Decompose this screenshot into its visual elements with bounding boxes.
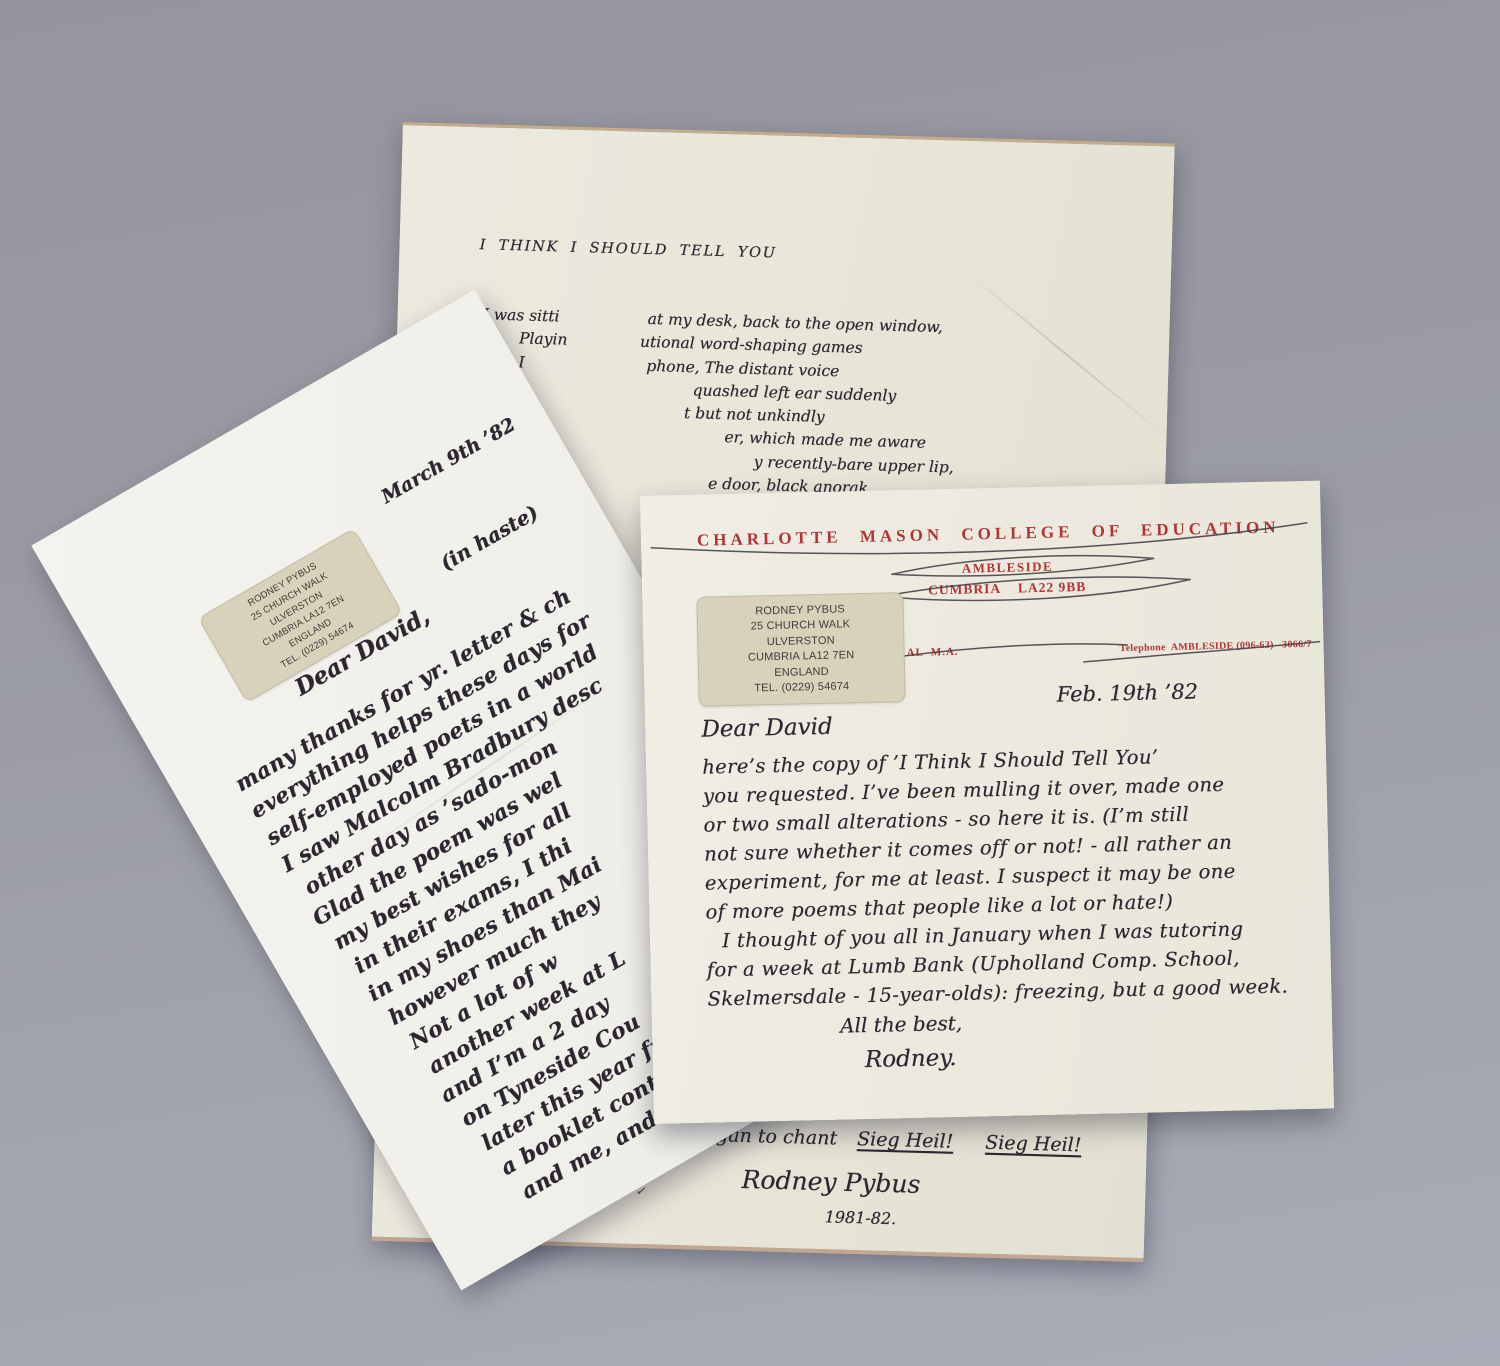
photograph-of-letters: I THINK I SHOULD TELL YOU I was sitti at…	[0, 0, 1500, 1366]
poem-date-range: 1981-82.	[824, 1207, 896, 1228]
letter-date: Feb. 19th ’82	[1056, 679, 1198, 706]
underlined-phrase: Sieg Heil!	[857, 1128, 954, 1153]
letter-salutation: Dear David	[701, 714, 833, 743]
poem-author-signature: Rodney Pybus	[741, 1165, 920, 1199]
letter-signature: Rodney.	[865, 1045, 957, 1073]
letter-closing: All the best,	[840, 1011, 963, 1038]
letterhead-college-name: CHARLOTTE MASON COLLEGE OF EDUCATION	[697, 518, 1280, 551]
sender-address-label: RODNEY PYBUS 25 CHURCH WALK ULVERSTON CU…	[696, 592, 905, 707]
in-haste-note: (in haste)	[436, 500, 542, 575]
letterhead-telephone: Telephone AMBLESIDE (096-63) 3066/7	[1119, 639, 1311, 654]
letterhead-town: AMBLESIDE	[962, 559, 1054, 577]
letterhead-letter-february: CHARLOTTE MASON COLLEGE OF EDUCATION AMB…	[640, 481, 1334, 1124]
letterhead-postcode-line: CUMBRIA LA22 9BB	[928, 579, 1086, 599]
underlined-phrase: Sieg Heil!	[985, 1132, 1082, 1157]
poem-final-line: egan to chant Sieg Heil! Sieg Heil!	[705, 1124, 1082, 1157]
letter-body: here’s the copy of ’I Think I Should Tel…	[702, 739, 1332, 1014]
letter-date: March 9th ’82	[377, 414, 519, 508]
poem-title: I THINK I SHOULD TELL YOU	[479, 237, 777, 261]
letterhead-principal-fragment: AL M.A.	[906, 646, 958, 659]
